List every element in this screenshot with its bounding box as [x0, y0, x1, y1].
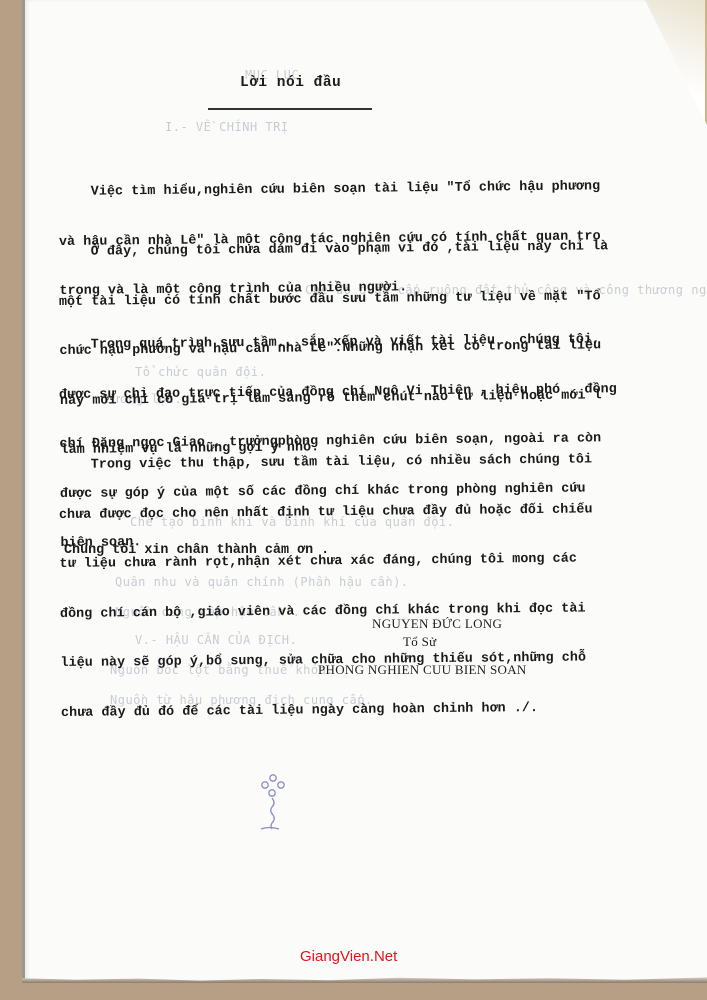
watermark: GiangVien.Net — [300, 948, 397, 965]
paragraph-request: Trong việc thu thập, sưu tầm tài liệu, c… — [58, 418, 691, 738]
text-line: chưa được đọc cho nên nhất định tư liệu … — [59, 501, 689, 524]
text-line: Việc tìm hiểu,nghiên cứu biên soạn tài l… — [58, 178, 688, 201]
text-line: Ở đây, chúng tôi chưa dám đi vào phạm vi… — [58, 238, 688, 261]
closing-line: Chúng tôi xin chân thành cảm ơn . — [64, 543, 329, 558]
text-line: Trong quá trình sưu tầm., sắp xếp và viế… — [58, 331, 688, 354]
signature-name: NGUYEN ĐỨC LONG — [372, 616, 502, 632]
bleed-through-text: I.- VỀ CHÍNH TRỊ — [165, 120, 289, 134]
text-line: chưa đầy đủ đó để các tài liệu ngày càng… — [61, 699, 691, 722]
signature-role: Tổ Sử — [403, 634, 436, 650]
text-line: Trong việc thu thập, sưu tầm tài liệu, c… — [58, 451, 688, 474]
signature-department: PHONG NGHIEN CUU BIEN SOAN — [318, 662, 527, 678]
text-line: được sự chỉ đạo trực tiếp của đồng chí N… — [59, 381, 689, 404]
title-underline — [208, 108, 372, 110]
handwritten-mark-icon — [258, 770, 298, 840]
document-title: Lời nói đầu — [240, 75, 341, 91]
